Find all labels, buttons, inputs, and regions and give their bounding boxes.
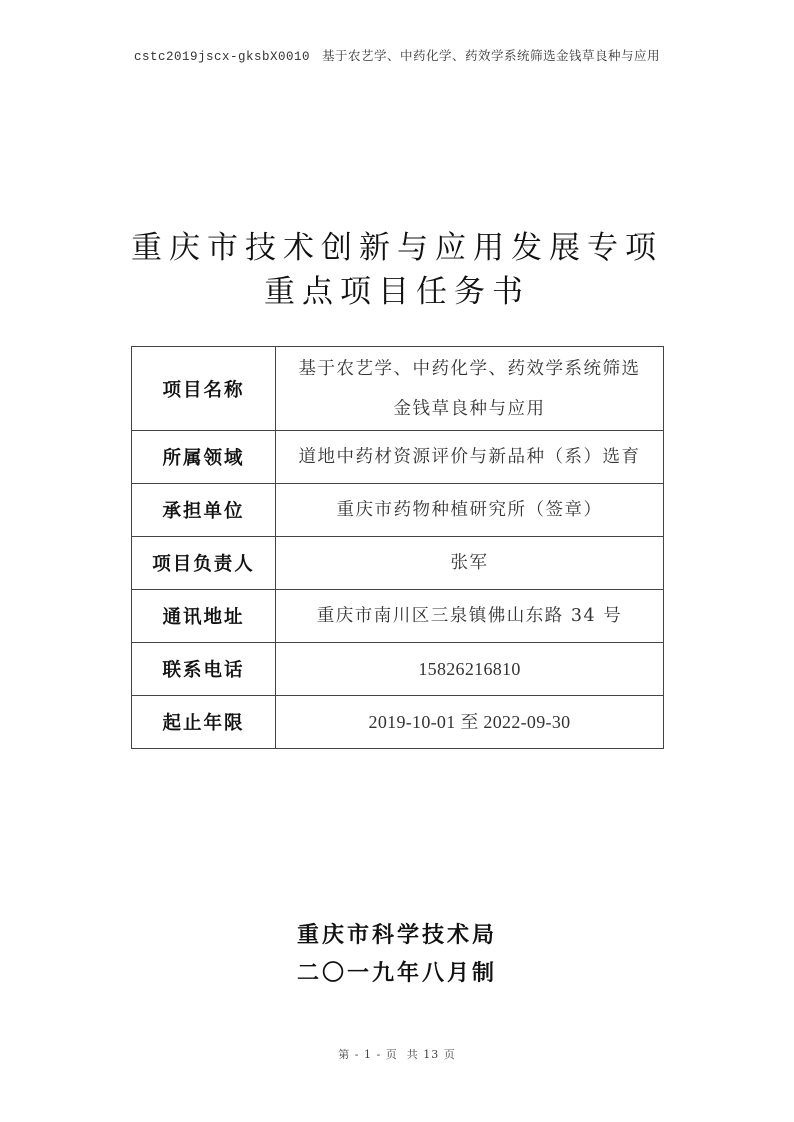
period-label: 起止年限 [132,696,276,749]
table-row-field: 所属领域 道地中药材资源评价与新品种（系）选育 [132,431,664,484]
table-row-period: 起止年限 2019-10-01 至 2022-09-30 [132,696,664,749]
undertaking-unit-value: 重庆市药物种植研究所（签章） [276,484,664,537]
undertaking-unit-label: 承担单位 [132,484,276,537]
address-label: 通讯地址 [132,590,276,643]
header-project-title: 基于农艺学、中药化学、药效学系统筛选金钱草良种与应用 [322,48,660,63]
project-info-table: 项目名称 基于农艺学、中药化学、药效学系统筛选 金钱草良种与应用 所属领域 道地… [131,346,664,749]
table-row-project-leader: 项目负责人 张军 [132,537,664,590]
project-name-label: 项目名称 [132,347,276,431]
project-leader-label: 项目负责人 [132,537,276,590]
project-name-value-line-2: 金钱草良种与应用 [276,389,663,429]
table-row-undertaking-unit: 承担单位 重庆市药物种植研究所（签章） [132,484,664,537]
phone-label: 联系电话 [132,643,276,696]
page-number: 第 - 1 - 页 共 13 页 [0,1046,794,1062]
issue-date: 二〇一九年八月制 [0,956,794,987]
project-name-value: 基于农艺学、中药化学、药效学系统筛选 金钱草良种与应用 [276,347,664,431]
project-code: cstc2019jscx-gksbX0010 [134,50,310,64]
phone-value: 15826216810 [276,643,664,696]
document-title-line-2: 重点项目任务书 [0,266,794,311]
table-row-phone: 联系电话 15826216810 [132,643,664,696]
page-header: cstc2019jscx-gksbX0010基于农艺学、中药化学、药效学系统筛选… [0,46,794,64]
field-value: 道地中药材资源评价与新品种（系）选育 [276,431,664,484]
document-title-line-1: 重庆市技术创新与应用发展专项 [0,222,794,267]
issuing-organization: 重庆市科学技术局 [0,918,794,949]
address-value: 重庆市南川区三泉镇佛山东路 34 号 [276,590,664,643]
period-value: 2019-10-01 至 2022-09-30 [276,696,664,749]
table-row-project-name: 项目名称 基于农艺学、中药化学、药效学系统筛选 金钱草良种与应用 [132,347,664,431]
project-name-value-line-1: 基于农艺学、中药化学、药效学系统筛选 [276,349,663,389]
project-leader-value: 张军 [276,537,664,590]
field-label: 所属领域 [132,431,276,484]
table-row-address: 通讯地址 重庆市南川区三泉镇佛山东路 34 号 [132,590,664,643]
